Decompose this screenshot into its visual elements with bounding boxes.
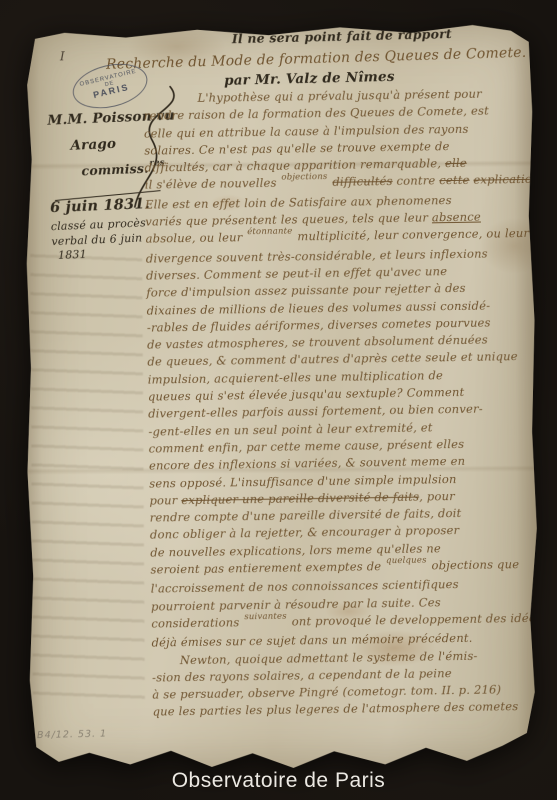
filing-note: 6 juin 1831. classé au procèsverbal du 6…: [50, 195, 152, 264]
shelfmark-pencil: B4/12. 53. 1: [37, 728, 107, 741]
photo-caption: Observatoire de Paris: [0, 769, 557, 793]
folio-numeral: I: [60, 49, 65, 63]
manuscript-line: 1831: [52, 245, 152, 264]
report-annotation: Il ne sera point fait de rapport: [232, 26, 452, 46]
stamp-line-3: PARIS: [92, 83, 130, 101]
manuscript-title: Recherche du Mode de formation des Queue…: [106, 45, 527, 73]
filing-date: 6 juin 1831.: [50, 195, 150, 216]
manuscript-page: I Il ne sera point fait de rapport Reche…: [24, 22, 539, 769]
paper-sheet: I Il ne sera point fait de rapport Reche…: [24, 22, 539, 769]
filing-text: classé au procèsverbal du 6 juin1831: [51, 216, 153, 264]
author-byline: par Mr. Valz de Nîmes: [224, 69, 395, 89]
verso-ink-bleed-through: [30, 253, 145, 704]
archive-photo-scene: I Il ne sera point fait de rapport Reche…: [0, 0, 557, 800]
manuscript-body: L'hypothèse qui a prévalu jusqu'à présen…: [143, 85, 548, 721]
